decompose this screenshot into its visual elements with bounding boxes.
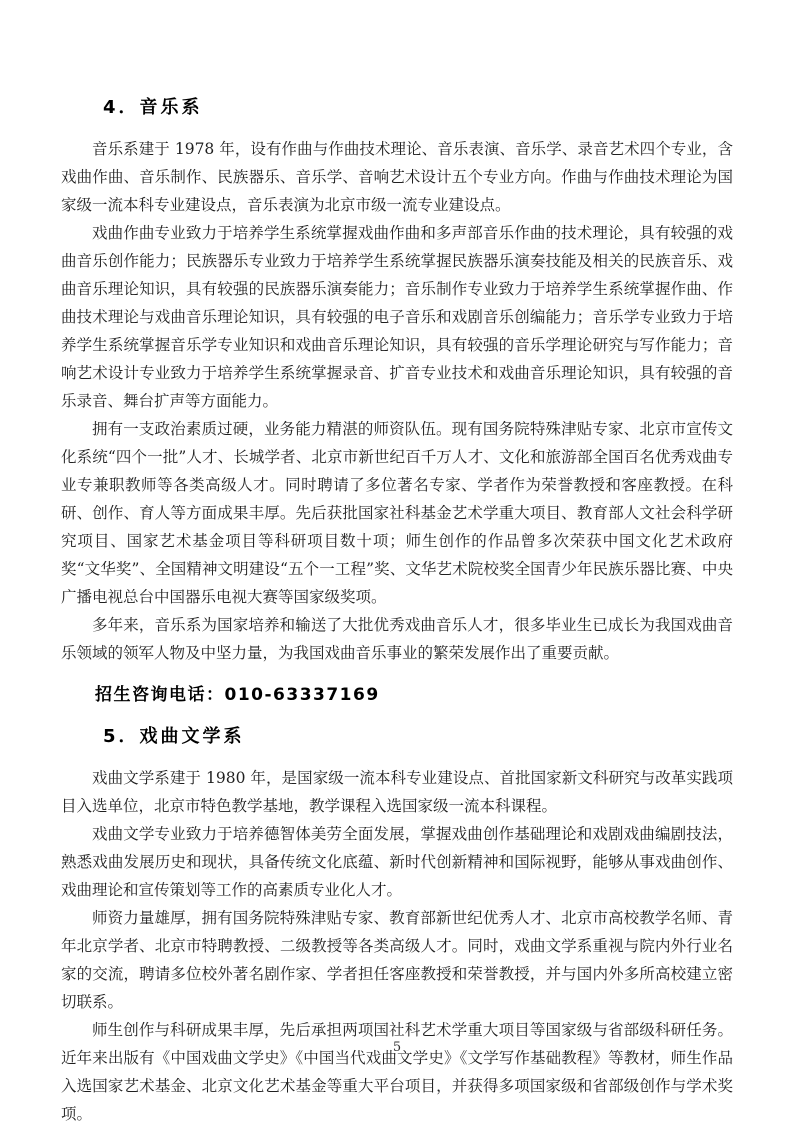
page-number: 5 — [0, 1040, 794, 1056]
music-paragraph-majors: 戏曲作曲专业致力于培养学生系统掌握戏曲作曲和多声部音乐作曲的技术理论，具有较强的… — [61, 219, 733, 415]
music-paragraph-alumni: 多年来，音乐系为国家培养和输送了大批优秀戏曲音乐人才，很多毕业生已成长为我国戏曲… — [61, 611, 733, 667]
document-page: 4．音乐系 音乐系建于 1978 年，设有作曲与作曲技术理论、音乐表演、音乐学、… — [0, 0, 794, 1123]
music-paragraph-faculty: 拥有一支政治素质过硬，业务能力精湛的师资队伍。现有国务院特殊津贴专家、北京市宣传… — [61, 415, 733, 611]
music-paragraph-intro: 音乐系建于 1978 年，设有作曲与作曲技术理论、音乐表演、音乐学、录音艺术四个… — [61, 135, 733, 219]
literature-paragraph-major: 戏曲文学专业致力于培养德智体美劳全面发展，掌握戏曲创作基础理论和戏剧戏曲编剧技法… — [61, 820, 733, 904]
literature-paragraph-intro: 戏曲文学系建于 1980 年，是国家级一流本科专业建设点、首批国家新文科研究与改… — [61, 764, 733, 820]
admissions-phone-line: 招生咨询电话：010-63337169 — [61, 683, 733, 707]
literature-paragraph-faculty: 师资力量雄厚，拥有国务院特殊津贴专家、教育部新世纪优秀人才、北京市高校教学名师、… — [61, 904, 733, 1016]
section-heading-literature: 5．戏曲文学系 — [61, 725, 733, 749]
section-heading-music: 4．音乐系 — [61, 96, 733, 120]
literature-paragraph-achievements: 师生创作与科研成果丰厚，先后承担两项国社科艺术学重大项目等国家级与省部级科研任务… — [61, 1016, 733, 1123]
